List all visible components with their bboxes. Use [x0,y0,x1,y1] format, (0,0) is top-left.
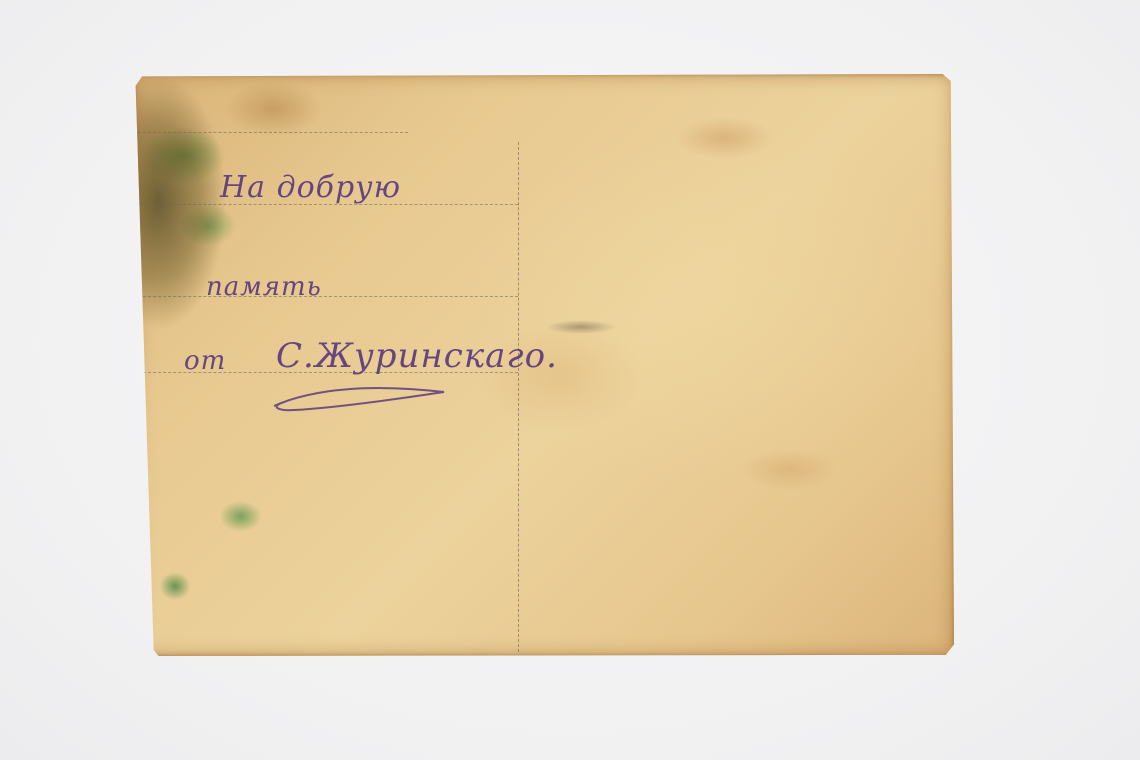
inscription-from: от [184,346,226,376]
inscription-signature: С.Журинскаго. [276,336,558,376]
inscription-line-1: На добрую [220,170,401,205]
ink-smudge [546,320,616,334]
inscription-line-2: память [206,272,322,302]
writing-line-3 [138,296,518,297]
postcard-center-divider [518,142,519,652]
postcard: На добрую память от С.Журинскаго. [134,74,954,656]
writing-line-1 [138,132,408,133]
signature-flourish [254,374,504,414]
